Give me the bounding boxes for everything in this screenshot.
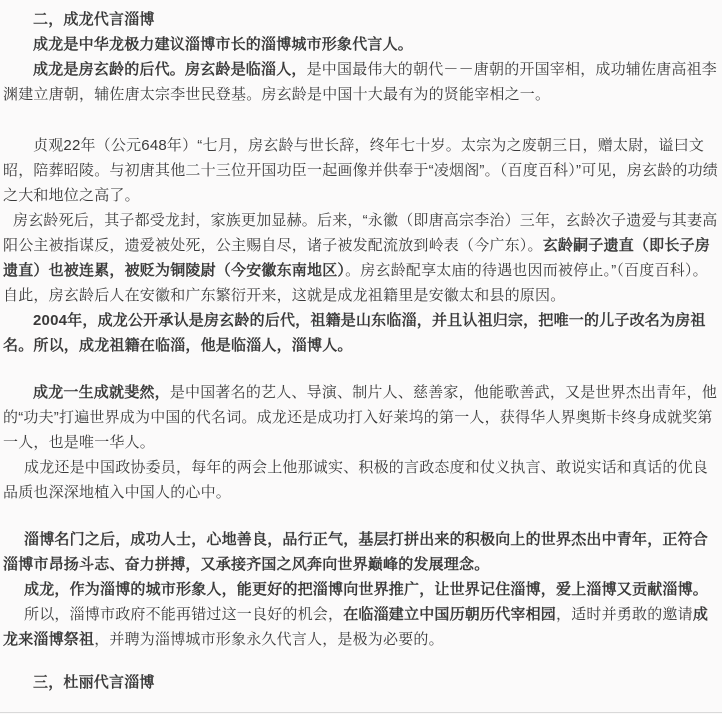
paragraph: 成龙是房玄龄的后代。房玄龄是临淄人，是中国最伟大的朝代－－唐朝的开国宰相，成功辅… <box>3 57 718 107</box>
section-heading: 二，成龙代言淄博 <box>3 7 718 32</box>
paragraph: 成龙还是中国政协委员，每年的两会上他那诚实、积极的言政态度和仗义执言、敢说实话和… <box>3 455 718 505</box>
text-run: 淄博名门之后，成功人士，心地善良，品行正气，基层打拼出来的积极向上的世界杰出中青… <box>3 531 708 573</box>
text-run: 成龙一生成就斐然， <box>33 384 170 401</box>
text-run: ，适时并勇敢的邀请 <box>556 606 693 623</box>
paragraph: 房玄龄死后，其子都受龙封，家族更加显赫。后来，“永徽（即唐高宗李治）三年，玄龄次… <box>3 208 718 308</box>
paragraph: 成龙是中华龙极力建议淄博市长的淄博城市形象代言人。 <box>3 32 718 57</box>
bottom-divider <box>0 712 722 713</box>
paragraph: 淄博名门之后，成功人士，心地善良，品行正气，基层打拼出来的积极向上的世界杰出中青… <box>3 527 718 577</box>
text-run: 三，杜丽代言淄博 <box>33 674 155 691</box>
text-run: 成龙，作为淄博的城市形象人，能更好的把淄博向世界推广，让世界记住淄博，爱上淄博又… <box>24 581 708 598</box>
article-body: 二，成龙代言淄博成龙是中华龙极力建议淄博市长的淄博城市形象代言人。成龙是房玄龄的… <box>0 0 722 714</box>
paragraph: 2004年，成龙公开承认是房玄龄的后代，祖籍是山东临淄，并且认祖归宗，把唯一的儿… <box>3 308 718 358</box>
document-page: { "page": { "background_color": "#fbfafa… <box>0 0 722 714</box>
text-run: 成龙还是中国政协委员，每年的两会上他那诚实、积极的言政态度和仗义执言、敢说实话和… <box>3 459 708 501</box>
paragraph: 所以，淄博市政府不能再错过这一良好的机会，在临淄建立中国历朝历代宰相园，适时并勇… <box>3 602 718 652</box>
text-run: 成龙是中华龙极力建议淄博市长的淄博城市形象代言人。 <box>33 36 413 53</box>
paragraph: 成龙一生成就斐然，是中国著名的艺人、导演、制片人、慈善家，他能歌善武，又是世界杰… <box>3 380 718 455</box>
text-run: 贞观22年（公元648年）“七月，房玄龄与世长辞，终年七十岁。太宗为之废朝三日，… <box>3 137 718 204</box>
text-run: ，并聘为淄博城市形象永久代言人，是极为必要的。 <box>94 631 444 648</box>
text-run: 所以，淄博市政府不能再错过这一良好的机会， <box>24 606 343 623</box>
text-run: 二，成龙代言淄博 <box>33 11 155 28</box>
section-heading: 三，杜丽代言淄博 <box>3 670 718 695</box>
paragraph: 成龙，作为淄博的城市形象人，能更好的把淄博向世界推广，让世界记住淄博，爱上淄博又… <box>3 577 718 602</box>
text-run: 成龙是房玄龄的后代。房玄龄是临淄人， <box>33 61 307 78</box>
paragraph: 贞观22年（公元648年）“七月，房玄龄与世长辞，终年七十岁。太宗为之废朝三日，… <box>3 133 718 208</box>
text-run: 在临淄建立中国历朝历代宰相园 <box>343 606 556 623</box>
text-run: 2004年，成龙公开承认是房玄龄的后代，祖籍是山东临淄，并且认祖归宗，把唯一的儿… <box>3 312 706 354</box>
